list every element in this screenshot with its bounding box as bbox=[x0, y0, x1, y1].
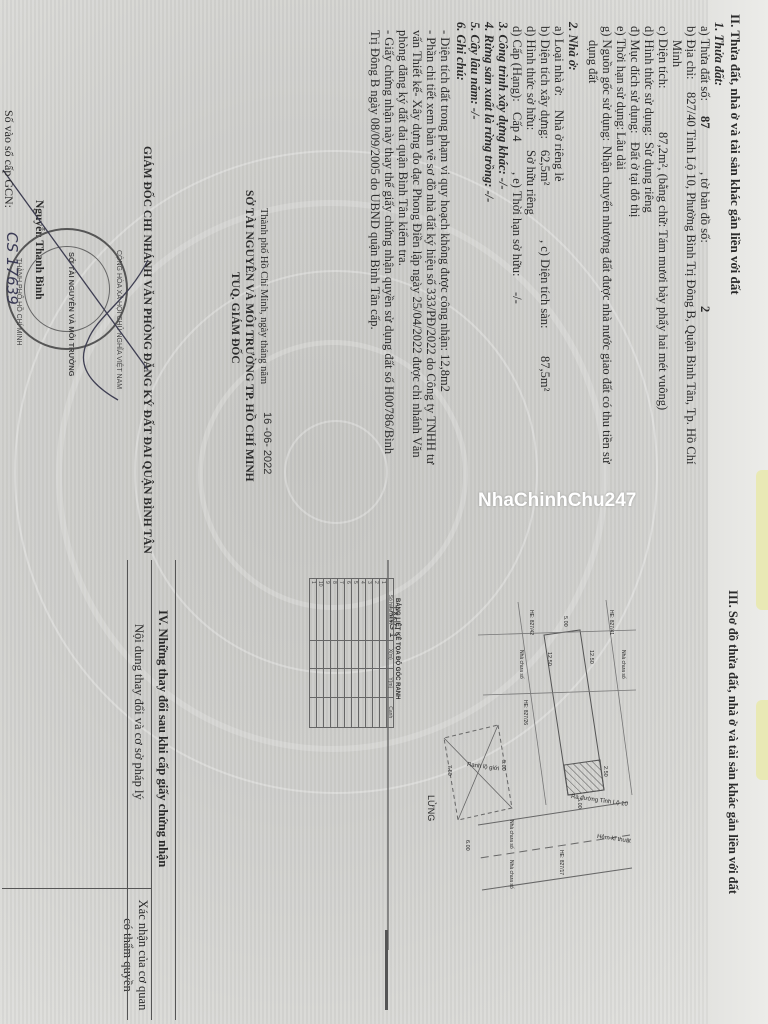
table-cell bbox=[338, 640, 345, 669]
yellow-tab bbox=[756, 470, 768, 610]
floor-area-value: 87,5m² bbox=[538, 356, 553, 391]
forest: 4. Rừng sản xuất là rừng trồng: -/- bbox=[482, 22, 497, 202]
origin-value: Nhận chuyển nhượng đất được nhà nước gia… bbox=[600, 146, 615, 464]
other-works: 3. Công trình xây dựng khác: -/- bbox=[496, 22, 511, 190]
table-cell: 1 bbox=[380, 579, 387, 641]
table-cell bbox=[359, 697, 366, 728]
table-cell bbox=[324, 669, 331, 698]
section-iv-header-line bbox=[151, 560, 152, 1020]
dim-mezz-length: 7.50 bbox=[442, 765, 457, 776]
area-value: 87,2m², (bằng chữ: Tám mươi bảy phẩy hai… bbox=[656, 132, 671, 410]
table-cell bbox=[324, 697, 331, 728]
notes-heading: 6. Ghi chú: bbox=[454, 22, 469, 81]
table-cell: 3 bbox=[366, 579, 373, 641]
ownership-label: d) Hình thức sở hữu: bbox=[524, 26, 539, 130]
parcel-label: a) Thửa đất số: bbox=[698, 26, 713, 101]
plot-label: HE: 827/26 bbox=[518, 700, 533, 725]
registry-number: CS 17639 bbox=[5, 232, 20, 305]
table-cell bbox=[345, 697, 352, 728]
table-cell bbox=[352, 640, 359, 669]
address-value-cont: Minh bbox=[670, 40, 685, 67]
table-cell bbox=[310, 697, 317, 728]
table-cell: 7 bbox=[338, 579, 345, 641]
term-value: Lâu dài bbox=[614, 132, 629, 170]
table-cell bbox=[317, 697, 324, 728]
neighbor-label: Nhà chưa số bbox=[616, 650, 631, 679]
table-cell bbox=[345, 669, 352, 698]
table-row: 3 bbox=[366, 579, 373, 728]
house-type-label: a) Loại nhà ở: bbox=[552, 26, 567, 96]
table-cell bbox=[345, 640, 352, 669]
table-cell: 1 bbox=[310, 579, 317, 641]
table-cell bbox=[366, 669, 373, 698]
table-cell: 6 bbox=[345, 579, 352, 641]
note-line: Trị Đông B ngày 08/09/2005 do UBND quận … bbox=[368, 30, 383, 330]
table-cell bbox=[324, 640, 331, 669]
table-cell bbox=[331, 640, 338, 669]
dim-length: 12.50 bbox=[584, 650, 599, 664]
table-cell bbox=[310, 669, 317, 698]
address-value: 827/40 Tỉnh Lộ 10, Phường Bình Trị Đông … bbox=[684, 92, 699, 464]
floor-area-label: , c) Diện tích sàn: bbox=[538, 240, 553, 329]
section-iv-col-content: Nội dung thay đổi và cơ sở pháp lý bbox=[132, 624, 147, 800]
table-header: Cạnh bbox=[387, 697, 394, 728]
own-term-value: -/- bbox=[510, 292, 525, 304]
table-cell bbox=[317, 669, 324, 698]
table-cell bbox=[310, 640, 317, 669]
table-cell bbox=[380, 697, 387, 728]
grade-value: Cấp 4 bbox=[510, 112, 525, 142]
table-row: 8 bbox=[331, 579, 338, 728]
dim-setback: 2.50 bbox=[598, 766, 613, 777]
table-header: X(m) bbox=[387, 640, 394, 669]
table-cell bbox=[338, 697, 345, 728]
neighbor-label: Nhà chưa số bbox=[514, 650, 529, 679]
table-header: Số hiệu điểm bbox=[387, 579, 394, 641]
land-heading: 1. Thửa đất: bbox=[712, 22, 727, 86]
table-cell bbox=[338, 669, 345, 698]
signature-stroke bbox=[0, 150, 188, 410]
drum-emblem-star bbox=[284, 420, 388, 524]
dim-width: 5.00 bbox=[558, 616, 573, 627]
house-heading: 2. Nhà ở: bbox=[566, 22, 581, 71]
on-behalf-of: TUQ. GIÁM ĐỐC bbox=[228, 272, 243, 364]
table-cell bbox=[352, 697, 359, 728]
origin-value-cont: dụng đất bbox=[586, 40, 601, 83]
parcel-number: 87 bbox=[698, 116, 713, 129]
table-cell bbox=[366, 640, 373, 669]
table-cell bbox=[352, 669, 359, 698]
built-area-label: b) Diện tích xây dựng: bbox=[538, 26, 553, 139]
note-line: phòng đăng ký đất đai quận Bình Tân kiểm… bbox=[396, 30, 411, 266]
coordinate-table: Số hiệu điểmX(m)Y(m)Cạnh 123456789101 bbox=[309, 578, 394, 728]
table-cell bbox=[317, 640, 324, 669]
use-form-label: d) Hình thức sử dụng: bbox=[642, 26, 657, 136]
house-type-value: Nhà ở riêng lẻ bbox=[552, 110, 567, 182]
table-cell bbox=[331, 669, 338, 698]
photo-frame: II. Thửa đất, nhà ở và tài sản khác gắn … bbox=[0, 0, 768, 1024]
table-cell: 2 bbox=[373, 579, 380, 641]
plot-label: HE: 827/41 bbox=[604, 610, 619, 635]
area-label: c) Diện tích: bbox=[656, 26, 671, 88]
grade-label: d) Cấp (Hạng): bbox=[510, 26, 525, 102]
mezzanine-label: LỬNG bbox=[424, 795, 439, 821]
table-cell bbox=[359, 669, 366, 698]
plot-label: HE: 827/17 bbox=[554, 850, 569, 875]
table-cell bbox=[366, 697, 373, 728]
term-label: e) Thời hạn sử dụng: bbox=[614, 26, 629, 130]
table-header: Y(m) bbox=[387, 669, 394, 698]
note-line: - Diện tích đất trong phạm vi quy hoạch … bbox=[438, 30, 453, 392]
note-line: - Phần chi tiết xem bản vẽ sơ đồ nhà đất… bbox=[424, 30, 439, 464]
dim-width: 5.00 bbox=[572, 798, 587, 809]
note-line: - Giấy chứng nhận này thay thế giấy chứn… bbox=[382, 30, 397, 454]
table-cell: 5 bbox=[352, 579, 359, 641]
table-cell bbox=[331, 697, 338, 728]
section-iv-col-confirm: Xác nhận của cơ quan có thẩm quyền bbox=[121, 896, 150, 1014]
section-ii-title: II. Thửa đất, nhà ở và tài sản khác gắn … bbox=[728, 14, 743, 295]
section-iv-column-divider bbox=[2, 888, 152, 889]
ownership-value: Sở hữu riêng bbox=[524, 150, 539, 215]
purpose-value: Đất ở tại đô thị bbox=[628, 142, 643, 217]
registry-label: Số vào sổ cấp GCN: bbox=[2, 110, 17, 208]
perennial-trees: 5. Cây lâu năm: -/- bbox=[468, 22, 483, 120]
stamp-mark bbox=[385, 930, 388, 1010]
own-term-label: , e) Thời hạn sở hữu: bbox=[510, 172, 525, 276]
table-row: 5 bbox=[352, 579, 359, 728]
table-cell bbox=[373, 669, 380, 698]
yellow-tab bbox=[756, 700, 768, 780]
table-cell bbox=[359, 640, 366, 669]
dim-road: 6.00 bbox=[460, 840, 475, 851]
table-cell: 4 bbox=[359, 579, 366, 641]
table-cell bbox=[373, 697, 380, 728]
table-cell: 8 bbox=[331, 579, 338, 641]
certificate-page: II. Thửa đất, nhà ở và tài sản khác gắn … bbox=[0, 0, 768, 1024]
table-row: 9 bbox=[324, 579, 331, 728]
table-row: 1 bbox=[310, 579, 317, 728]
neighbor-label: Nhà chưa số bbox=[504, 860, 519, 889]
map-sheet-number: 2 bbox=[698, 306, 713, 312]
section-iii-title: III. Sơ đồ thửa đất, nhà ở và tài sản kh… bbox=[726, 590, 741, 894]
place-date: Thành phố Hồ Chí Minh, ngày tháng năm bbox=[256, 208, 271, 384]
origin-label: g) Nguồn gốc sử dụng: bbox=[600, 26, 615, 141]
watermark: NhaChinhChu247 bbox=[478, 490, 636, 512]
table-row: 2 bbox=[373, 579, 380, 728]
table-row: 10 bbox=[317, 579, 324, 728]
use-form-value: Sử dụng riêng bbox=[642, 142, 657, 213]
table-row: 6 bbox=[345, 579, 352, 728]
issue-date-stamp: 16 -06- 2022 bbox=[260, 412, 275, 474]
table-cell bbox=[380, 669, 387, 698]
table-cell bbox=[380, 640, 387, 669]
note-line: vấn Thiết kế- Xây dựng đo đạc Phong Điền… bbox=[410, 30, 425, 458]
table-cell: 9 bbox=[324, 579, 331, 641]
table-cell: 10 bbox=[317, 579, 324, 641]
purpose-label: đ) Mục đích sử dụng: bbox=[628, 26, 643, 133]
dim-length: 12.50 bbox=[542, 652, 557, 666]
built-area-value: 62,5m² bbox=[538, 150, 553, 185]
table-row: 4 bbox=[359, 579, 366, 728]
address-label: b) Địa chỉ: bbox=[684, 26, 699, 79]
table-row: 7 bbox=[338, 579, 345, 728]
neighbor-label: Nhà chưa số bbox=[504, 820, 519, 849]
dim-mezz-width: 5.00 bbox=[496, 760, 511, 771]
section-iv-title: IV. Những thay đổi sau khi cấp giấy chứn… bbox=[156, 610, 171, 867]
section-iv-body-line bbox=[127, 560, 128, 1020]
plot-label: HE: 827/42 bbox=[524, 610, 539, 635]
section-iv-divider bbox=[175, 560, 176, 1020]
department-name: SỞ TÀI NGUYÊN VÀ MÔI TRƯỜNG TP. HỒ CHÍ M… bbox=[242, 190, 257, 482]
table-cell bbox=[373, 640, 380, 669]
table-row: 1 bbox=[380, 579, 387, 728]
map-sheet-label: , tờ bản đồ số: bbox=[698, 172, 713, 243]
